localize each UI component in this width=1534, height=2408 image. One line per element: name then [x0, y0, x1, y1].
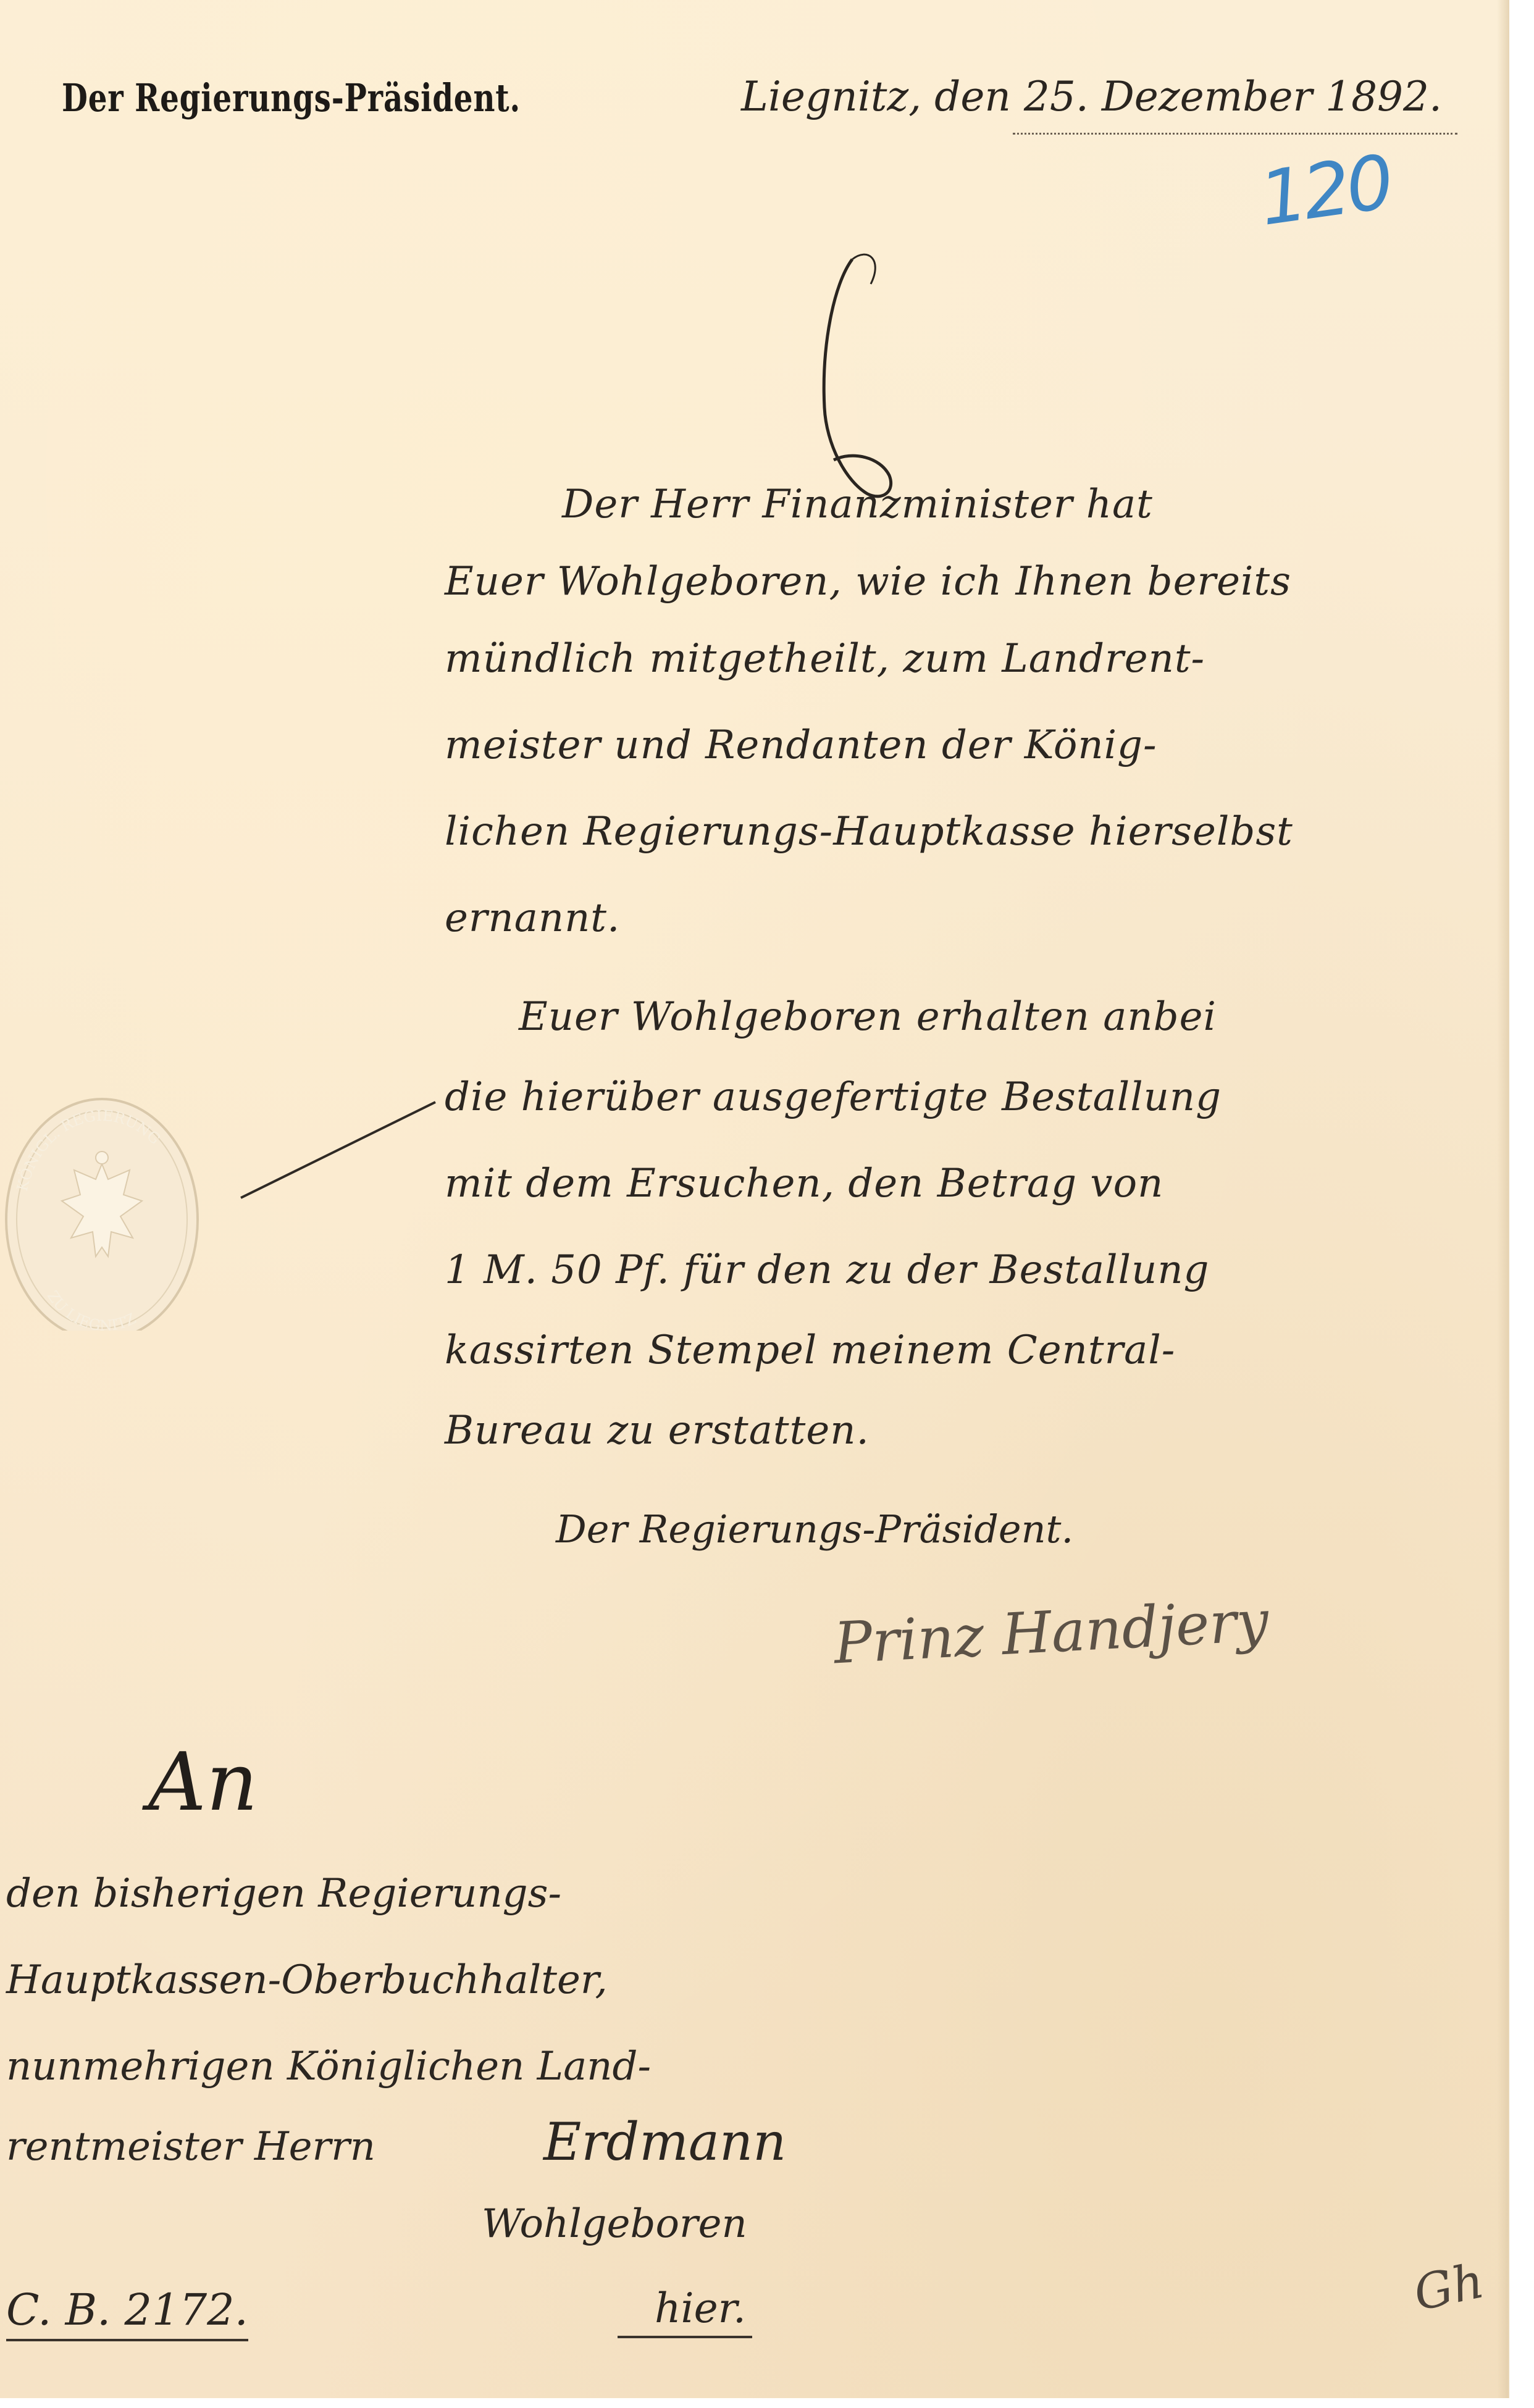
address-line: Hauptkassen-Oberbuchhalter, [6, 1957, 608, 2003]
body-line: meister und Rendanten der König- [445, 722, 1157, 768]
date-dotted-rule [1013, 133, 1457, 135]
scan-margin [0, 2398, 1534, 2408]
document-page: Der Regierungs-Präsident. Liegnitz, den … [0, 0, 1508, 2398]
letterhead: Der Regierungs-Präsident. [62, 75, 521, 120]
body-line: Euer Wohlgeboren erhalten anbei [519, 994, 1217, 1040]
corner-initials: Gh [1409, 2253, 1489, 2322]
embossed-seal: KÖNIGL. REGIERUNG ZU LIEGNITZ [0, 1071, 204, 1331]
initial-flourish-icon [760, 247, 902, 506]
place-date: Liegnitz, den 25. Dezember 1892. [741, 73, 1442, 120]
address-line: rentmeister Herrn [6, 2124, 375, 2170]
body-line: Bureau zu erstatten. [445, 1408, 870, 1453]
body-line: kassirten Stempel meinem Central- [445, 1327, 1175, 1373]
body-line: Euer Wohlgeboren, wie ich Ihnen bereits [445, 559, 1291, 604]
recipient-honorific: Wohlgeboren [482, 2201, 747, 2247]
folio-number: 120 [1254, 140, 1395, 243]
file-reference: C. B. 2172. [6, 2285, 248, 2341]
body-line: mündlich mitgetheilt, zum Landrent- [445, 636, 1205, 682]
recipient-name: Erdmann [543, 2112, 786, 2172]
address-salutation: An [148, 1735, 258, 1829]
body-line: lichen Regierungs-Hauptkasse hierselbst [445, 809, 1293, 855]
margin-pointer-line [238, 1096, 442, 1207]
body-line: 1 M. 50 Pf. für den zu der Bestallung [445, 1247, 1210, 1293]
closing-title: Der Regierungs-Präsident. [556, 1507, 1073, 1552]
signature: Prinz Handjery [832, 1588, 1270, 1677]
recipient-location: hier. [618, 2285, 752, 2338]
address-line: den bisherigen Regierungs- [6, 1871, 561, 1917]
body-line: mit dem Ersuchen, den Betrag von [445, 1161, 1163, 1206]
body-line: Der Herr Finanzminister hat [562, 482, 1153, 527]
body-line: die hierüber ausgefertigte Bestallung [445, 1074, 1222, 1120]
body-line: ernannt. [445, 895, 620, 941]
address-line: nunmehrigen Königlichen Land- [6, 2044, 651, 2089]
